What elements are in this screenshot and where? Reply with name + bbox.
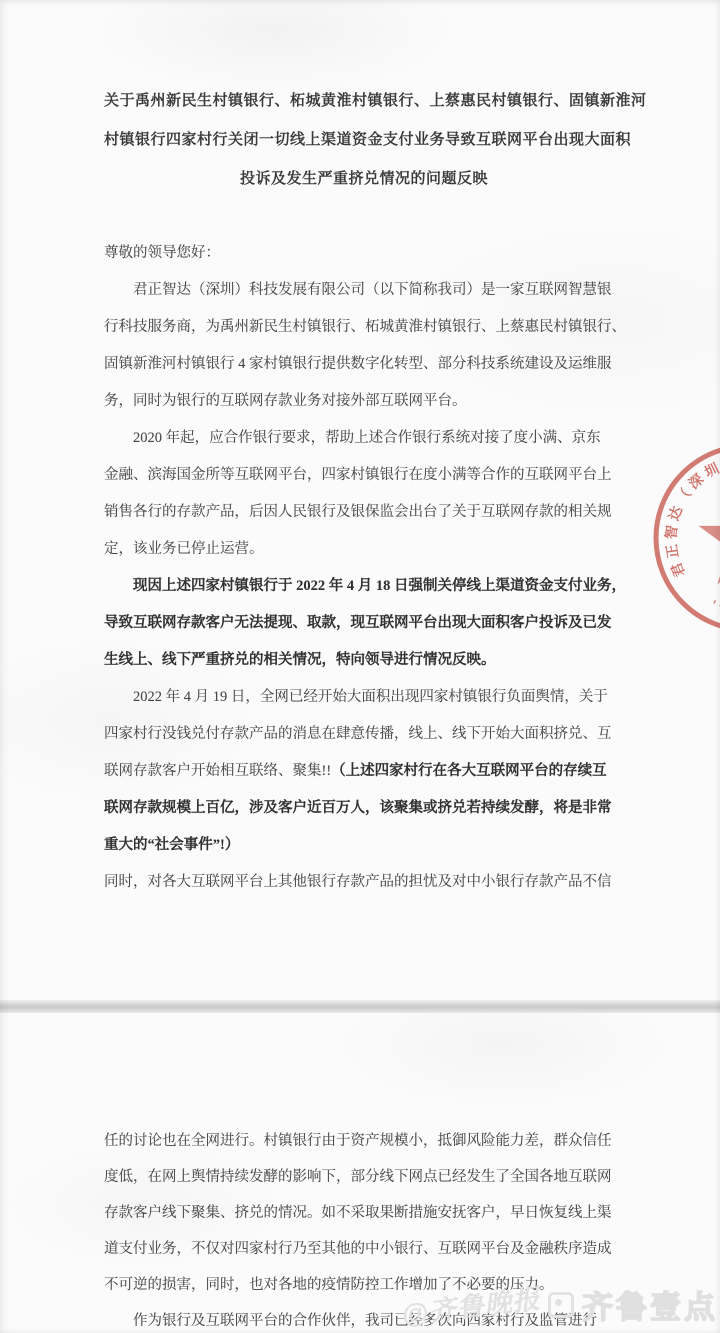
body-line: 定，该业务已停止运营。 xyxy=(104,531,624,568)
body-line: 君正智达（深圳）科技发展有限公司（以下简称我司）是一家互联网智慧银 xyxy=(104,272,624,309)
body-line-bold: 导致互联网存款客户无法提现、取款，现互联网平台出现大面积客户投诉及已发 xyxy=(104,605,624,642)
body-line-mixed: 联网存款客户开始相互联络、聚集!!（上述四家村行在各大互联网平台的存续互 xyxy=(104,753,624,790)
seal-company-name: 君正智达（深圳）科技发展有限公司 xyxy=(663,453,720,579)
body-line-bold: 现因上述四家村镇银行于 2022 年 4 月 18 日强制关停线上渠道资金支付业… xyxy=(104,568,624,605)
page-1: 关于禹州新民生村镇银行、柘城黄淮村镇银行、上蔡惠民村镇银行、固镇新淮河 村镇银行… xyxy=(0,0,720,1000)
body-line: 金融、滨海国金所等互联网平台，四家村镇银行在度小满等合作的互联网平台上 xyxy=(104,457,624,494)
body-line: 度低，在网上舆情持续发酵的影响下，部分线下网点已经发生了全国各地互联网 xyxy=(104,1159,624,1195)
greeting-line: 尊敬的领导您好： xyxy=(104,235,624,272)
title-line-2: 村镇银行四家村行关闭一切线上渠道资金支付业务导致互联网平台出现大面积 xyxy=(104,121,624,160)
body-text-bold: （上述四家村行在各大互联网平台的存续互 xyxy=(331,763,607,779)
body-line-bold: 生线上、线下严重挤兑的相关情况，特向领导进行情况反映。 xyxy=(104,642,624,679)
body-line: 固镇新淮河村镇银行 4 家村镇银行提供数字化转型、部分科技系统建设及运维服 xyxy=(104,346,624,383)
body-line: 务，同时为银行的互联网存款业务对接外部互联网平台。 xyxy=(104,383,624,420)
body-line: 存款客户线下聚集、挤兑的情况。如不采取果断措施安抚客户，早日恢复线上渠 xyxy=(104,1195,624,1231)
body-line: 2022 年 4 月 19 日，全网已经开始大面积出现四家村镇银行负面舆情，关于 xyxy=(104,679,624,716)
title-line-3: 投诉及发生严重挤兑情况的问题反映 xyxy=(104,160,624,199)
body-line: 不可逆的损害，同时，也对各地的疫情防控工作增加了不必要的压力。 xyxy=(104,1267,624,1303)
page-seam xyxy=(0,1000,720,1013)
body-line: 作为银行及互联网平台的合作伙伴，我司已经多次向四家村行及监管进行 xyxy=(104,1303,624,1333)
svg-text:君正智达（深圳）科技发展有限公司: 君正智达（深圳）科技发展有限公司 xyxy=(663,453,720,579)
body-line: 同时，对各大互联网平台上其他银行存款产品的担忧及对中小银行存款产品不信 xyxy=(104,864,624,901)
company-seal: 君正智达（深圳）科技发展有限公司 xyxy=(628,430,720,660)
body-line: 道支付业务，不仅对四家村行乃至其他的中小银行、互联网平台及金融秩序造成 xyxy=(104,1231,624,1267)
body-line-bold: 重大的“社会事件”!） xyxy=(104,827,624,864)
body-line: 2020 年起，应合作银行要求，帮助上述合作银行系统对接了度小满、京东 xyxy=(104,420,624,457)
body-text: 联网存款客户开始相互联络、聚集!! xyxy=(104,763,331,779)
seal-ring xyxy=(656,446,720,630)
body-line: 四家村行没钱兑付存款产品的消息在肆意传播，线上、线下开始大面积挤兑、互 xyxy=(104,716,624,753)
body-line: 行科技服务商，为禹州新民生村镇银行、柘城黄淮村镇银行、上蔡惠民村镇银行、 xyxy=(104,309,624,346)
body-line: 任的讨论也在全网进行。村镇银行由于资产规模小，抵御风险能力差，群众信任 xyxy=(104,1123,624,1159)
title-line-1: 关于禹州新民生村镇银行、柘城黄淮村镇银行、上蔡惠民村镇银行、固镇新淮河 xyxy=(104,82,624,121)
body-line: 销售各行的存款产品，后因人民银行及银保监会出台了关于互联网存款的相关规 xyxy=(104,494,624,531)
seal-star-icon xyxy=(699,490,720,584)
body-line-bold: 联网存款规模上百亿，涉及客户近百万人，该聚集或挤兑若持续发酵，将是非常 xyxy=(104,790,624,827)
page-2: 任的讨论也在全网进行。村镇银行由于资产规模小，抵御风险能力差，群众信任 度低，在… xyxy=(0,1013,720,1333)
seal-dotted-arc xyxy=(712,600,720,610)
document-photo: 关于禹州新民生村镇银行、柘城黄淮村镇银行、上蔡惠民村镇银行、固镇新淮河 村镇银行… xyxy=(0,0,720,1333)
